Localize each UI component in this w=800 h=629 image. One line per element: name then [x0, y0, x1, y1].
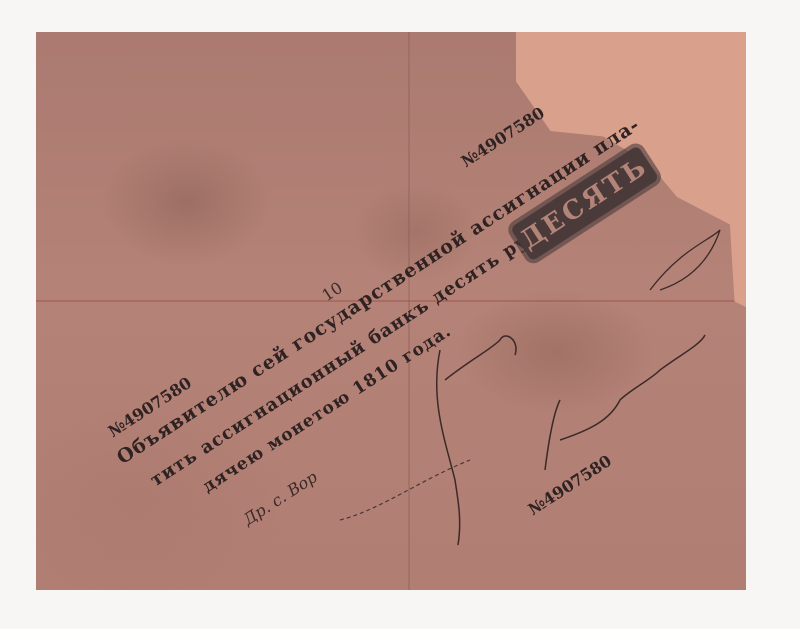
horizontal-fold [36, 300, 746, 302]
